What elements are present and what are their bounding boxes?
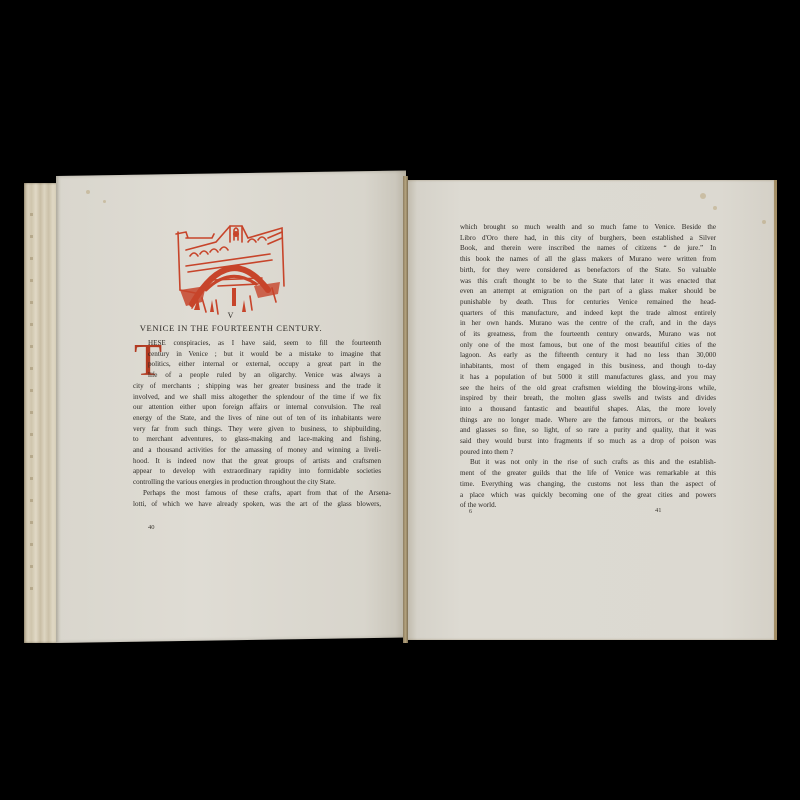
text-line: very far from such things. They were giv…	[133, 424, 381, 435]
text-line: a place which was quickly becoming one o…	[460, 490, 716, 501]
page-block-edge	[24, 183, 58, 643]
text-line: poured into them ?	[460, 447, 716, 458]
book-gutter	[403, 176, 408, 643]
text-line: only one of the most famous, but one of …	[460, 340, 716, 351]
foxing-spot	[713, 206, 717, 210]
text-line: which brought so much wealth and so much…	[460, 222, 716, 233]
chapter-number: V	[86, 311, 376, 320]
text-line: our attention either upon foreign affair…	[133, 402, 381, 413]
text-line: Book, and therein were inscribed the nam…	[460, 243, 716, 254]
text-line: inhabitants, most of them engaged in thi…	[460, 361, 716, 372]
foxing-spot	[86, 190, 90, 194]
page-number-left: 40	[148, 524, 155, 531]
text-line: see the heirs of the old great craftsmen…	[460, 383, 716, 394]
foxing-spot	[700, 193, 706, 199]
text-line: to merchant adventures, to glass-making …	[133, 434, 381, 445]
text-line: politics, either internal or external, o…	[148, 359, 381, 370]
text-line: ment of the greater guilds that the life…	[460, 468, 716, 479]
text-line: Libro d'Oro there had, in this city of b…	[460, 233, 716, 244]
text-line: into a thousand fantastic and beautiful …	[460, 404, 716, 415]
text-line: appear to develop with extraordinary rap…	[133, 466, 381, 477]
text-line: and a thousand activities for the amassi…	[133, 445, 381, 456]
text-line: said they would burst into fragments if …	[460, 436, 716, 447]
left-page-body: HESE conspiracies, as I have said, seem …	[148, 338, 381, 509]
text-line: controlling the various energies in prod…	[133, 477, 381, 488]
text-line: involved, and we shall miss altogether t…	[133, 392, 381, 403]
text-line: of its greatness, from the fourteenth ce…	[460, 329, 716, 340]
open-book: V VENICE IN THE FOURTEENTH CENTURY. T HE…	[0, 0, 800, 800]
rialto-bridge-illustration-icon	[172, 220, 292, 315]
text-line: lagoon. As early as the fifteenth centur…	[460, 350, 716, 361]
signature-mark: 6	[469, 509, 472, 515]
text-line: quarters of this manufacture, and indeed…	[460, 308, 716, 319]
text-line: in her own hands. Murano was the centre …	[460, 318, 716, 329]
text-line: and glasses so fine, so light, of so rar…	[460, 425, 716, 436]
foxing-spot	[103, 200, 106, 203]
text-line: life of a people ruled by an oligarchy. …	[148, 370, 381, 381]
text-line: HESE conspiracies, as I have said, seem …	[148, 338, 381, 349]
text-line: city of merchants ; shipping was her gre…	[133, 381, 381, 392]
chapter-title: VENICE IN THE FOURTEENTH CENTURY.	[86, 323, 376, 333]
text-line: birth, for they were considered as benef…	[460, 265, 716, 276]
text-line: this book the names of all the glass mak…	[460, 254, 716, 265]
text-line: inspired by their breath, the molten gla…	[460, 393, 716, 404]
text-line: things are no longer made. Where are the…	[460, 415, 716, 426]
text-line: lotti, of which we have already spoken, …	[133, 499, 381, 510]
text-line: hood. It is indeed now that the great gr…	[133, 456, 381, 467]
text-line: energy of the State, and the lives of ni…	[133, 413, 381, 424]
text-line: century in Venice ; but it would be a mi…	[148, 349, 381, 360]
text-line: time. Everything was changing, the custo…	[460, 479, 716, 490]
text-line: But it was not only in the rise of such …	[460, 457, 716, 468]
page-number-right: 41	[655, 507, 662, 514]
text-line: it has a population of but 5000 it still…	[460, 372, 716, 383]
text-line: of the world.	[460, 500, 716, 511]
text-line: punishable by death. Thus for centuries …	[460, 297, 716, 308]
right-page-body: which brought so much wealth and so much…	[460, 222, 716, 511]
text-line: was this craft thought to be to the Stat…	[460, 276, 716, 287]
text-line: Perhaps the most famous of these crafts,…	[133, 488, 391, 499]
foxing-spot	[762, 220, 766, 224]
text-line: even an attempt at emigration on the par…	[460, 286, 716, 297]
